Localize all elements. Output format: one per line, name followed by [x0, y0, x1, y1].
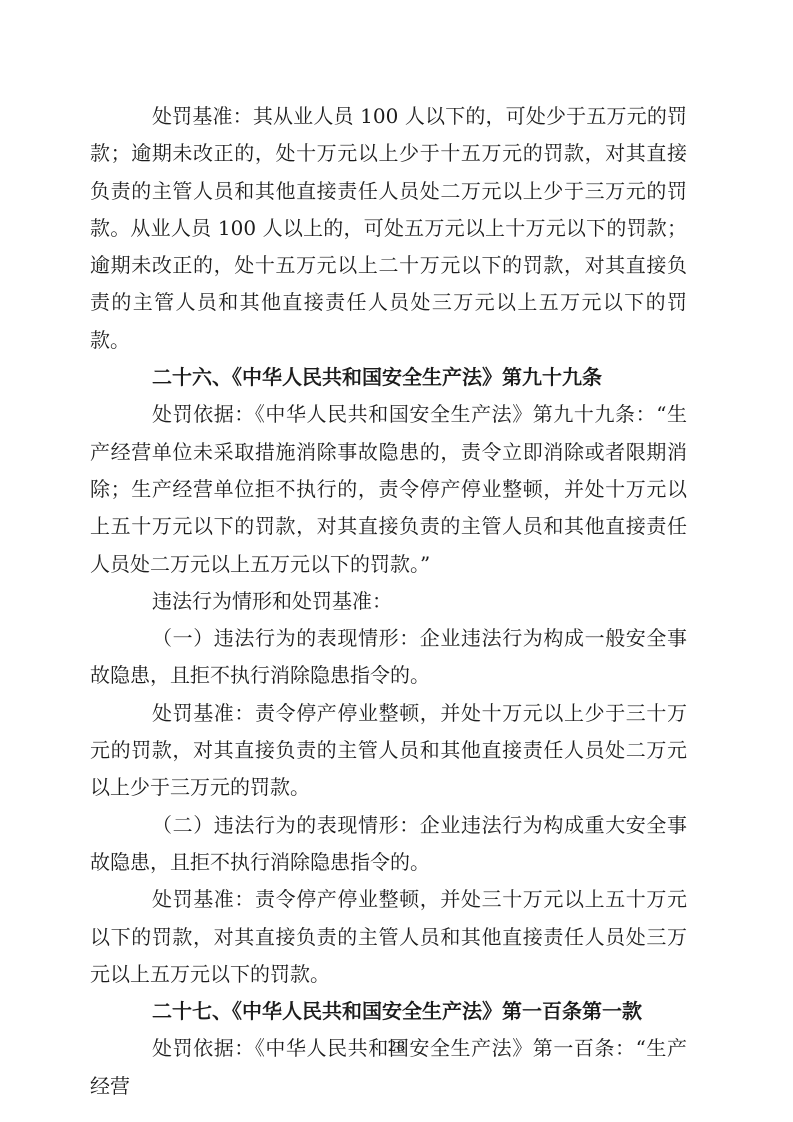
body-paragraph: （一）违法行为的表现情形：企业违法行为构成一般安全事故隐患，且拒不执行消除隐患指… [90, 620, 687, 695]
body-paragraph: 违法行为情形和处罚基准： [90, 583, 687, 620]
document-body: 处罚基准：其从业人员 100 人以下的，可处少于五万元的罚款；逾期未改正的，处十… [90, 98, 687, 1105]
body-paragraph: 处罚依据：《中华人民共和国安全生产法》第九十九条：“生产经营单位未采取措施消除事… [90, 396, 687, 582]
section-heading: 二十六、《中华人民共和国安全生产法》第九十九条 [90, 359, 687, 396]
body-paragraph: 处罚基准：责令停产停业整顿，并处三十万元以上五十万元以下的罚款，对其直接负责的主… [90, 881, 687, 993]
page-number: 28 [0, 1038, 793, 1056]
body-paragraph: （二）违法行为的表现情形：企业违法行为构成重大安全事故隐患，且拒不执行消除隐患指… [90, 807, 687, 882]
body-paragraph: 处罚基准：其从业人员 100 人以下的，可处少于五万元的罚款；逾期未改正的，处十… [90, 98, 687, 359]
section-heading: 二十七、《中华人民共和国安全生产法》第一百条第一款 [90, 993, 687, 1030]
body-paragraph: 处罚基准：责令停产停业整顿，并处十万元以上少于三十万元的罚款，对其直接负责的主管… [90, 695, 687, 807]
document-page: 处罚基准：其从业人员 100 人以下的，可处少于五万元的罚款；逾期未改正的，处十… [0, 0, 793, 1122]
